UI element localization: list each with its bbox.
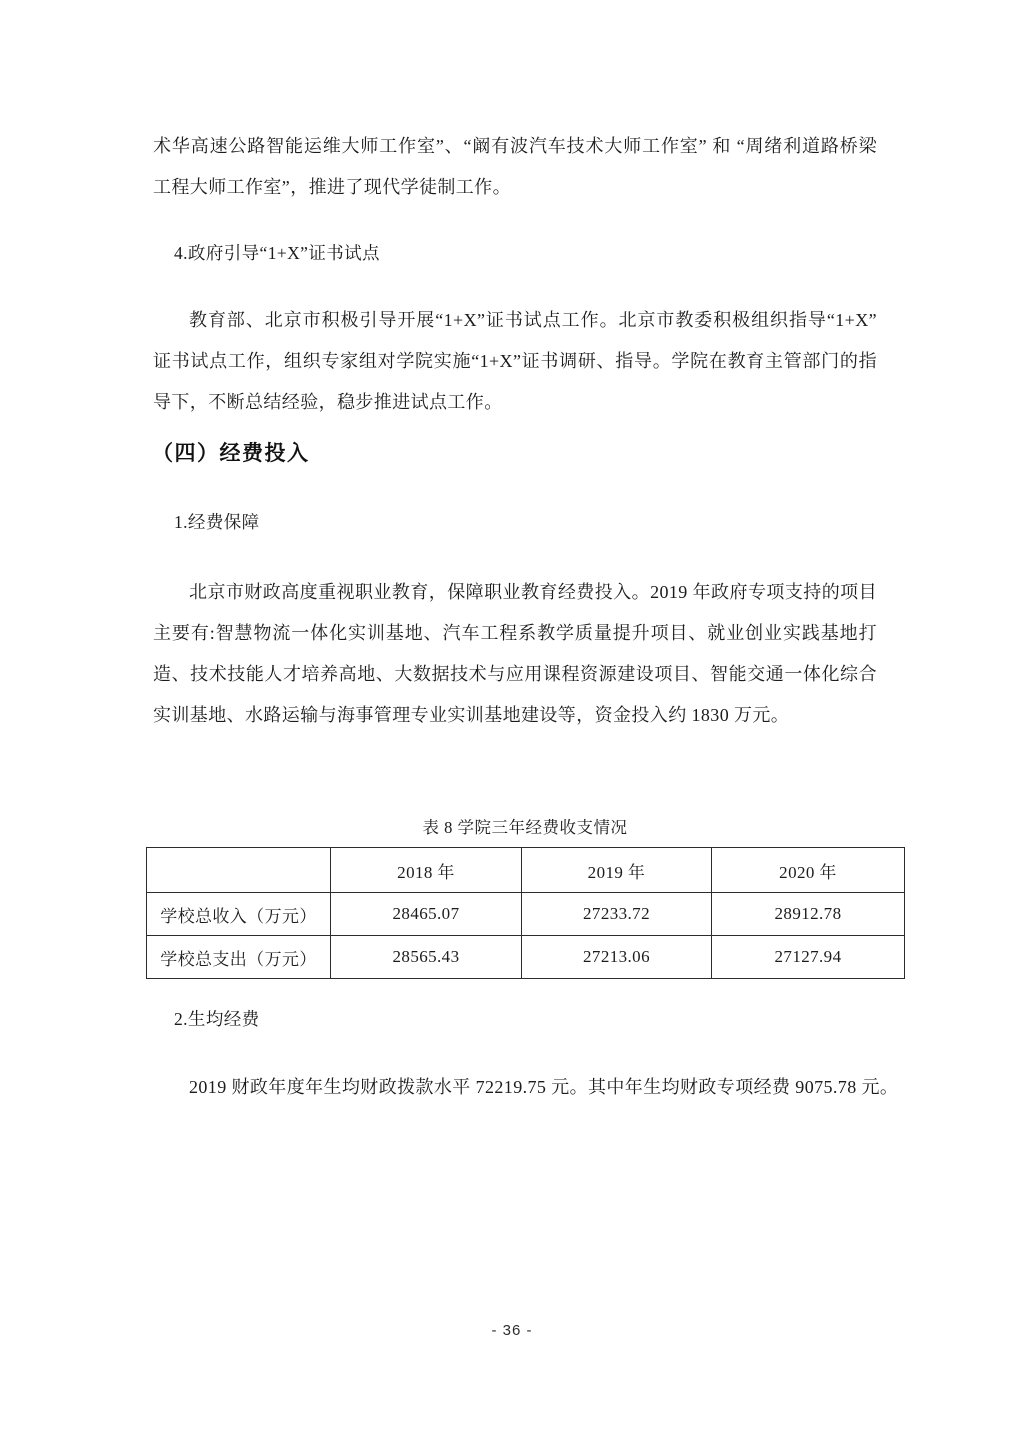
table8-three-year-funding: 2018 年 2019 年 2020 年 学校总收入（万元） 28465.07 …	[146, 847, 905, 979]
table-header-2019: 2019 年	[522, 848, 712, 893]
row-label-expense: 学校总支出（万元）	[147, 936, 331, 979]
table-header-row: 2018 年 2019 年 2020 年	[147, 848, 905, 893]
table-row-total-expense: 学校总支出（万元） 28565.43 27213.06 27127.94	[147, 936, 905, 979]
table-header-2020: 2020 年	[712, 848, 905, 893]
table8-caption: 表 8 学院三年经费收支情况	[146, 817, 904, 839]
row-label-income: 学校总收入（万元）	[147, 893, 331, 936]
paragraph-cert-pilot: 教育部、北京市积极引导开展“1+X”证书试点工作。北京市教委积极组织指导“1+X…	[153, 300, 877, 423]
table-row-total-income: 学校总收入（万元） 28465.07 27233.72 28912.78	[147, 893, 905, 936]
expense-2018: 28565.43	[331, 936, 522, 979]
income-2018: 28465.07	[331, 893, 522, 936]
paragraph-funding-guarantee: 北京市财政高度重视职业教育，保障职业教育经费投入。2019 年政府专项支持的项目…	[153, 572, 877, 736]
table-header-empty	[147, 848, 331, 893]
document-page: 术华高速公路智能运维大师工作室”、“阚有波汽车技术大师工作室” 和 “周绪利道路…	[0, 0, 1024, 1448]
paragraph-per-student-funding: 2019 财政年度年生均财政拨款水平 72219.75 元。其中年生均财政专项经…	[153, 1067, 898, 1108]
page-number: - 36 -	[0, 1322, 1024, 1339]
paragraph-workshops-continued: 术华高速公路智能运维大师工作室”、“阚有波汽车技术大师工作室” 和 “周绪利道路…	[153, 126, 877, 208]
expense-2019: 27213.06	[522, 936, 712, 979]
heading-4-cert-pilot: 4.政府引导“1+X”证书试点	[174, 243, 380, 263]
income-2019: 27233.72	[522, 893, 712, 936]
heading-1-funding-guarantee: 1.经费保障	[174, 512, 260, 532]
heading-2-per-student-funding: 2.生均经费	[174, 1009, 260, 1029]
table-header-2018: 2018 年	[331, 848, 522, 893]
income-2020: 28912.78	[712, 893, 905, 936]
heading-section-four-funding: （四）经费投入	[152, 441, 310, 465]
expense-2020: 27127.94	[712, 936, 905, 979]
